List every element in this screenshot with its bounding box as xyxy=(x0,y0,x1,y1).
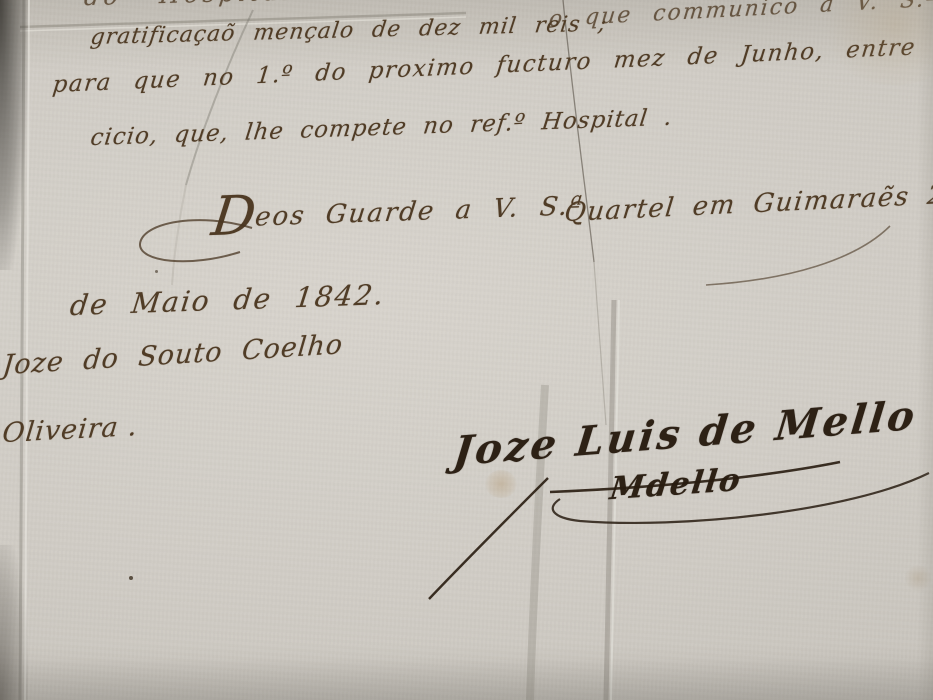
valediction-line: Deos Guarde a V. S.ª xyxy=(210,190,585,232)
shadow-right-edge xyxy=(917,0,933,700)
signature-rubric: Mdello xyxy=(608,465,743,506)
manuscript-line-top-clipped: do Hospital do xyxy=(83,0,371,9)
shadow-bottom-left-edge xyxy=(0,545,28,700)
valediction-text: eos Guarde a V. S.ª xyxy=(253,191,585,233)
manuscript-letter-photo: do Hospital do gratificaçaõ mençalo de d… xyxy=(0,0,933,700)
stain-bottom-right xyxy=(905,565,931,591)
manuscript-body-line1-right: o que communico a V. S.ª xyxy=(548,0,933,31)
manuscript-body-line3: cicio, que, lhe compete no ref.º Hospita… xyxy=(89,107,674,150)
place-date-line: Quartel em Guimaraẽs 29 xyxy=(563,181,933,226)
crease-thin-vertical-fade xyxy=(594,262,606,425)
ink-speck-mid-left xyxy=(155,270,158,273)
shadow-bottom-edge xyxy=(0,658,933,700)
addressee-line-1: Joze do Souto Coelho xyxy=(1,331,344,379)
signature-name: Joze Luis de Mello xyxy=(451,396,919,473)
numeral-tail-flourish xyxy=(706,226,890,285)
signature-descender-stroke xyxy=(429,478,548,599)
addressee-line-2: Oliveira . xyxy=(1,413,139,447)
shadow-top-left-edge xyxy=(0,0,28,270)
valediction-ornate-initial: D xyxy=(208,183,259,248)
manuscript-body-line1-left: gratificaçaõ mençalo de dez mil reis ; xyxy=(89,13,608,49)
date-line: de Maio de 1842. xyxy=(69,281,387,320)
crease-diagonal-left-fade xyxy=(172,185,186,285)
ink-speck-bottom-left xyxy=(129,576,133,580)
fox-stain-center xyxy=(485,470,517,498)
